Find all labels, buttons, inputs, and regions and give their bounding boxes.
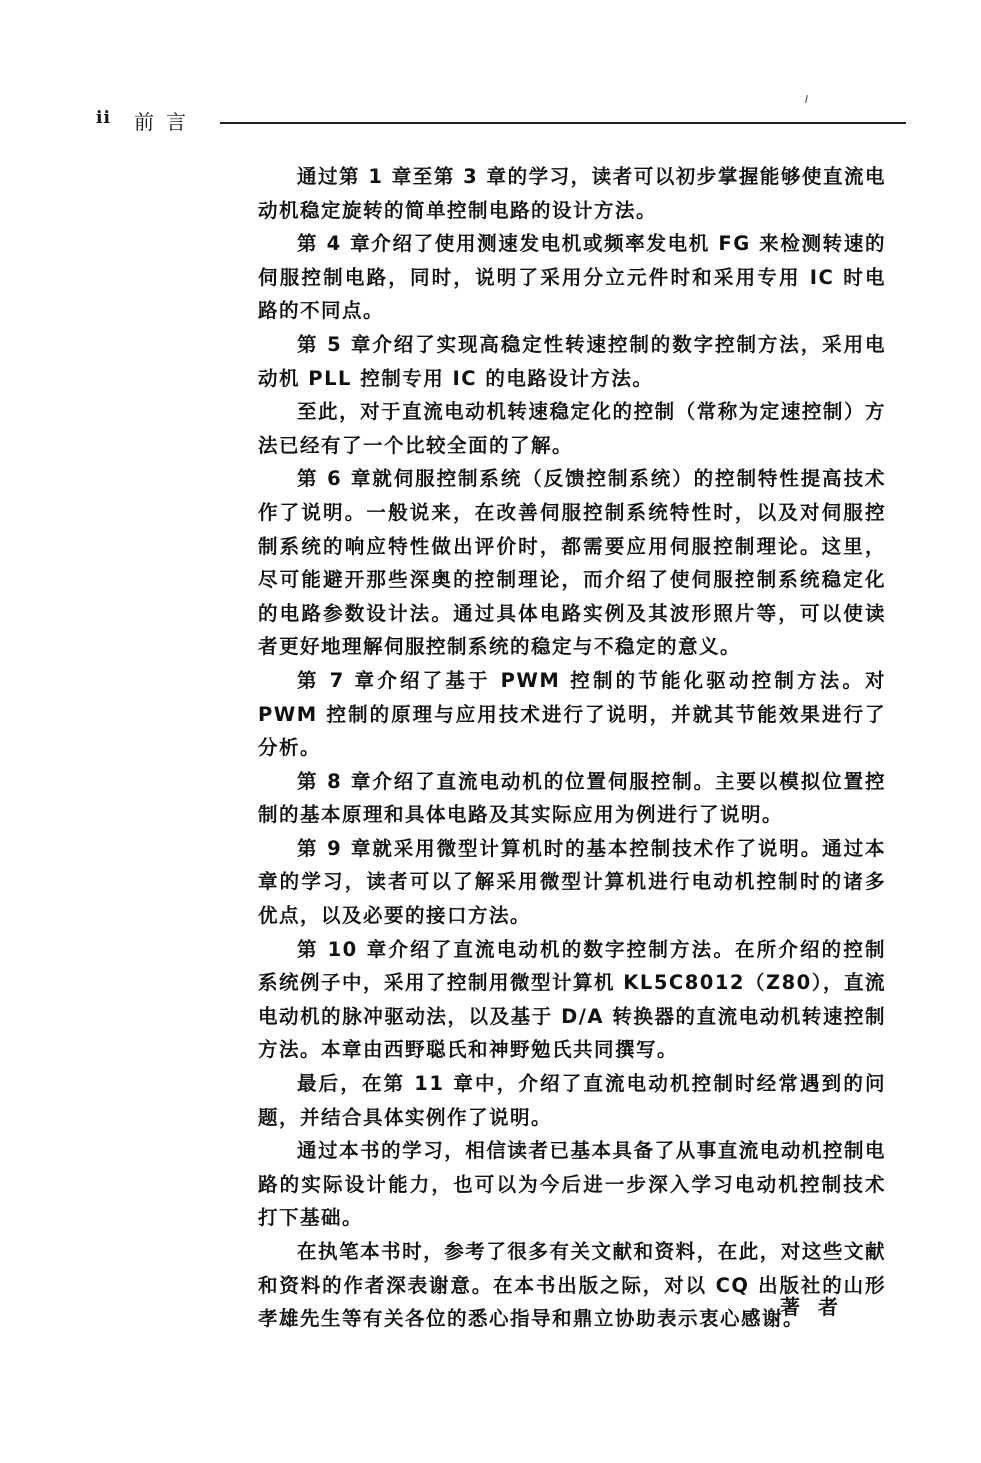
paragraph: 第 5 章介绍了实现高稳定性转速控制的数字控制方法，采用电动机 PLL 控制专用… — [258, 328, 886, 395]
preface-body: 通过第 1 章至第 3 章的学习，读者可以初步掌握能够使直流电动机稳定旋转的简单… — [258, 160, 886, 1336]
paragraph: 在执笔本书时，参考了很多有关文献和资料，在此，对这些文献和资料的作者深表谢意。在… — [258, 1235, 886, 1336]
paragraph: 通过第 1 章至第 3 章的学习，读者可以初步掌握能够使直流电动机稳定旋转的简单… — [258, 160, 886, 227]
page-number: ii — [96, 108, 111, 128]
scan-mark — [805, 95, 808, 103]
running-header: ii 前言 — [96, 108, 906, 138]
header-rule — [220, 122, 906, 124]
paragraph: 第 9 章就采用微型计算机时的基本控制技术作了说明。通过本章的学习，读者可以了解… — [258, 832, 886, 933]
paragraph: 第 8 章介绍了直流电动机的位置伺服控制。主要以模拟位置控制的基本原理和具体电路… — [258, 765, 886, 832]
paragraph: 第 7 章介绍了基于 PWM 控制的节能化驱动控制方法。对 PWM 控制的原理与… — [258, 664, 886, 765]
section-title: 前言 — [134, 106, 198, 135]
author-signature: 著者 — [780, 1291, 856, 1320]
paragraph: 第 4 章介绍了使用测速发电机或频率发电机 FG 来检测转速的伺服控制电路，同时… — [258, 227, 886, 328]
paragraph: 最后，在第 11 章中，介绍了直流电动机控制时经常遇到的问题，并结合具体实例作了… — [258, 1067, 886, 1134]
paragraph: 第 6 章就伺服控制系统（反馈控制系统）的控制特性提高技术作了说明。一般说来，在… — [258, 462, 886, 664]
paragraph: 第 10 章介绍了直流电动机的数字控制方法。在所介绍的控制系统例子中，采用了控制… — [258, 933, 886, 1067]
paragraph: 至此，对于直流电动机转速稳定化的控制（常称为定速控制）方法已经有了一个比较全面的… — [258, 395, 886, 462]
paragraph: 通过本书的学习，相信读者已基本具备了从事直流电动机控制电路的实际设计能力，也可以… — [258, 1134, 886, 1235]
